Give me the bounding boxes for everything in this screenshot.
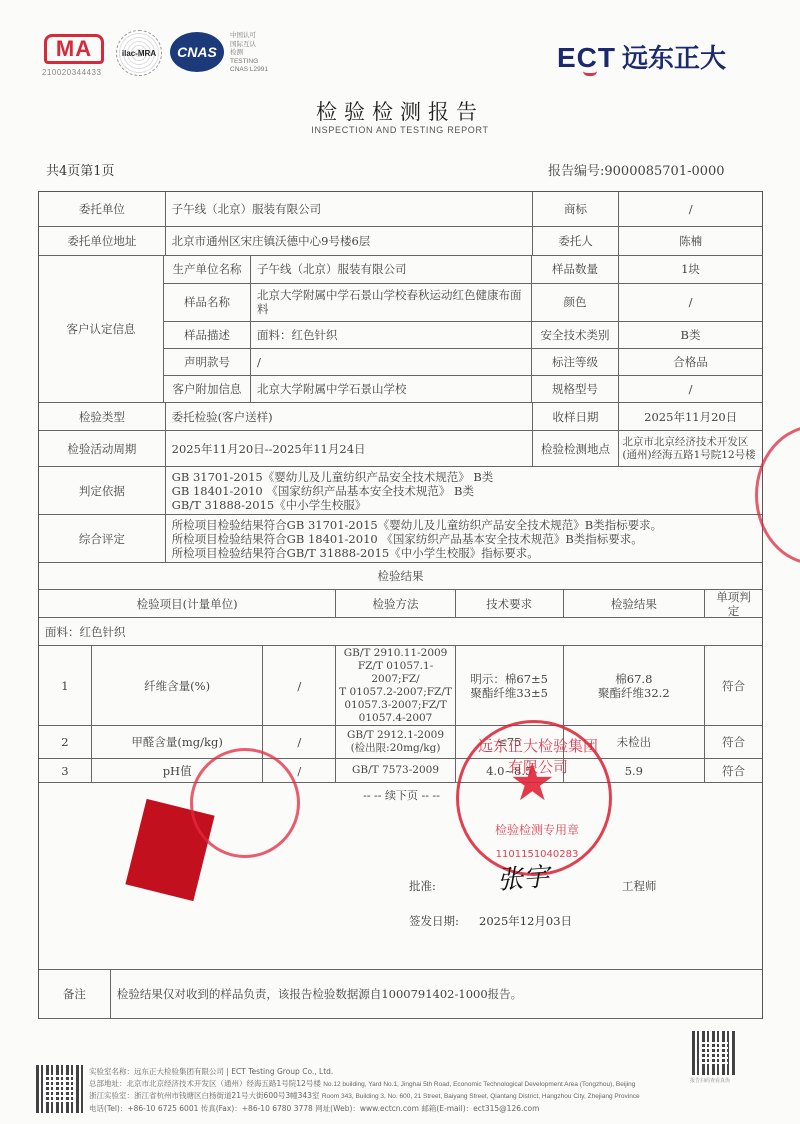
basis-line: GB 31701-2015《婴幼儿及儿童纺织产品安全技术规范》 B类 (172, 470, 494, 484)
result-no: 1 (39, 646, 92, 725)
result-method-line: T 01057.2-2007;FZ/T (339, 686, 452, 699)
header-requirement: 技术要求 (456, 590, 564, 617)
address-label: 委托单位地址 (39, 227, 166, 255)
conclusion-line: 所检项目检验结果符合GB 31701-2015《婴幼儿及儿童纺织产品安全技术规范… (172, 518, 662, 532)
result-method-line: GB/T 2912.1-2009 (347, 729, 444, 742)
verify-qr-code-icon (692, 1031, 736, 1075)
result-method: GB/T 2912.1-2009(检出限:20mg/kg) (336, 726, 456, 758)
result-method: GB/T 7573-2009 (336, 759, 456, 782)
period-value: 2025年11月20日--2025年11月24日 (166, 431, 533, 466)
footer-contact: 电话(Tel)：+86-10 6725 6001 传真(Fax)：+86-10 … (89, 1103, 640, 1115)
result-no: 2 (39, 726, 92, 758)
customer-info-label-cell: 声明款号 (164, 349, 251, 375)
conclusion-line: 所检项目检验结果符合GB/T 31888-2015《中小学生校服》指标要求。 (172, 546, 539, 560)
address-value: 北京市通州区宋庄镇沃德中心9号楼6层 (166, 227, 533, 255)
receive-date-label: 收样日期 (533, 403, 620, 430)
result-method-line: GB/T 2910.11-2009 (344, 647, 448, 660)
header-method: 检验方法 (336, 590, 456, 617)
footer-lines: 实验室名称：远东正大检验集团有限公司 | ECT Testing Group C… (89, 1066, 640, 1114)
consignor-label: 委托人 (533, 227, 620, 255)
customer-info-right-value: 1块 (619, 256, 762, 283)
conclusion-label: 综合评定 (39, 515, 166, 562)
customer-info-label-cell: 样品名称 (164, 284, 251, 321)
result-verdict: 符合 (705, 646, 762, 725)
basis-lines: GB 31701-2015《婴幼儿及儿童纺织产品安全技术规范》 B类GB 184… (166, 467, 762, 514)
cma-logo: MA (44, 34, 104, 64)
page-info: 共4页第1页 (46, 160, 115, 179)
result-requirement-line: 聚酯纤维33±5 (470, 686, 548, 700)
basis-label: 判定依据 (39, 467, 166, 514)
cnas-logo: CNAS (170, 32, 224, 72)
issue-date-label: 签发日期: (409, 913, 459, 929)
customer-info-row: 生产单位名称子午线（北京）服装有限公司样品数量1块 (164, 256, 762, 284)
remarks-label: 备注 (39, 970, 111, 1018)
period-label: 检验活动周期 (39, 431, 166, 466)
header-verdict: 单项判定 (705, 590, 762, 617)
basis-line: GB 18401-2010 《国家纺织产品基本安全技术规范》 B类 (172, 484, 474, 498)
customer-info-right-label: 颜色 (532, 284, 619, 321)
report-title: 检验检测报告 (0, 96, 800, 126)
trademark-label: 商标 (533, 192, 620, 226)
ilac-mra-logo: ilac-MRA (116, 30, 162, 76)
brand-en: ECT (557, 42, 616, 73)
conclusion-line: 所检项目检验结果符合GB 18401-2010 《国家纺织产品基本安全技术规范》… (172, 532, 643, 546)
result-unit: / (263, 646, 336, 725)
basis-line: GB/T 31888-2015《中小学生校服》 (172, 498, 367, 512)
result-method-line: 01057.4-2007 (359, 712, 433, 725)
client-label: 委托单位 (39, 192, 166, 226)
result-verdict: 符合 (705, 726, 762, 758)
cnas-text: 中国认可 国际互认 检测 TESTING CNAS L2991 (230, 32, 268, 75)
result-method-line: GB/T 7573-2009 (352, 764, 439, 777)
results-title: 检验结果 (39, 563, 762, 589)
row-period: 检验活动周期 2025年11月20日--2025年11月24日 检验检测地点 北… (39, 431, 762, 467)
customer-info-label-cell: 客户附加信息 (164, 376, 251, 402)
footer-hq-cn: 总部地址：北京市北京经济技术开发区（通州）经海五路1号院12号楼 (89, 1079, 321, 1088)
material-row: 面料：红色针织 (39, 618, 762, 646)
result-row: 3pH值/GB/T 7573-20094.0~8.55.9符合 (39, 759, 762, 783)
header-item: 检验项目(计量单位) (39, 590, 336, 617)
customer-info-row: 声明款号/标注等级合格品 (164, 349, 762, 376)
remarks-value: 检验结果仅对收到的样品负责，该报告检验数据源自1000791402-1000报告… (111, 970, 762, 1018)
issue-date-value: 2025年12月03日 (479, 913, 572, 929)
star-icon: ★ (509, 753, 556, 813)
row-client: 委托单位 子午线（北京）服装有限公司 商标 / (39, 192, 762, 227)
customer-info-right-label: 标注等级 (532, 349, 619, 375)
result-value: 棉67.8聚酯纤维32.2 (564, 646, 706, 725)
customer-info-row: 样品描述面料：红色针织安全技术类别B类 (164, 322, 762, 350)
result-verdict: 符合 (705, 759, 762, 782)
brand-smile-icon (583, 71, 597, 76)
trademark-value: / (619, 192, 762, 226)
customer-info-value-cell: 北京大学附属中学石景山学校 (251, 376, 532, 402)
ect-brand-logo: ECT远东正大 (557, 38, 726, 75)
client-value: 子午线（北京）服装有限公司 (166, 192, 533, 226)
result-method-line: (检出限:20mg/kg) (351, 742, 441, 755)
remarks-row: 备注 检验结果仅对收到的样品负责，该报告检验数据源自1000791402-100… (39, 970, 762, 1019)
row-conclusion: 综合评定 所检项目检验结果符合GB 31701-2015《婴幼儿及儿童纺织产品安… (39, 515, 762, 563)
result-row: 2甲醛含量(mg/kg)/GB/T 2912.1-2009(检出限:20mg/k… (39, 726, 762, 759)
consignor-value: 陈楠 (619, 227, 762, 255)
official-seal: 远东正大检验集团有限公司 ★ 检验检测专用章 1101151040283 (456, 720, 612, 876)
seam-stamp (190, 748, 300, 858)
customer-info-right-value: 合格品 (619, 349, 762, 375)
result-item: 纤维含量(%) (92, 646, 264, 725)
result-method-line: FZ/T 01057.1-2007;FZ/ (338, 660, 453, 686)
result-rows: 1纤维含量(%)/GB/T 2910.11-2009FZ/T 01057.1-2… (39, 646, 762, 783)
approver-title: 工程师 (622, 878, 657, 894)
cma-code: 210020344433 (42, 68, 101, 77)
footer-zj-en: Room 343, Building 3, No. 600, 21 Street… (322, 1093, 640, 1100)
row-test-type: 检验类型 委托检验(客户送样) 收样日期 2025年11月20日 (39, 403, 762, 431)
customer-info-label: 客户认定信息 (39, 256, 164, 402)
test-type-value: 委托检验(客户送样) (166, 403, 533, 430)
result-value-line: 聚酯纤维32.2 (598, 686, 670, 700)
report-number: 报告编号:9000085701-0000 (548, 160, 725, 179)
customer-info-value-cell: 北京大学附属中学石景山学校春秋运动红色健康布面料 (251, 284, 532, 321)
result-requirement: 明示：棉67±5聚酯纤维33±5 (456, 646, 564, 725)
approver-signature: 张宇 (496, 856, 550, 897)
header-result: 检验结果 (564, 590, 706, 617)
result-requirement-line: 明示：棉67±5 (470, 672, 548, 686)
seal-inner-text: 检验检测专用章 (477, 821, 597, 838)
customer-info-right-label: 规格型号 (532, 376, 619, 402)
row-customer-info: 客户认定信息 生产单位名称子午线（北京）服装有限公司样品数量1块样品名称北京大学… (39, 256, 762, 403)
result-no: 3 (39, 759, 92, 782)
customer-info-row: 样品名称北京大学附属中学石景山学校春秋运动红色健康布面料颜色/ (164, 284, 762, 322)
receive-date-value: 2025年11月20日 (619, 403, 762, 430)
results-section-header: 检验结果 (39, 563, 762, 590)
results-column-headers: 检验项目(计量单位) 检验方法 技术要求 检验结果 单项判定 (39, 590, 762, 618)
customer-info-label-cell: 样品描述 (164, 322, 251, 349)
result-method: GB/T 2910.11-2009FZ/T 01057.1-2007;FZ/T … (336, 646, 456, 725)
result-unit: / (263, 726, 336, 758)
test-type-label: 检验类型 (39, 403, 166, 430)
row-address: 委托单位地址 北京市通州区宋庄镇沃德中心9号楼6层 委托人 陈楠 (39, 227, 762, 256)
footer-lab-name: 实验室名称：远东正大检验集团有限公司 | ECT Testing Group C… (89, 1066, 640, 1078)
approve-label: 批准: (409, 878, 436, 894)
result-value-line: 5.9 (625, 764, 643, 778)
result-row: 1纤维含量(%)/GB/T 2910.11-2009FZ/T 01057.1-2… (39, 646, 762, 726)
result-method-line: 01057.3-2007;FZ/T (344, 699, 446, 712)
customer-info-rows: 生产单位名称子午线（北京）服装有限公司样品数量1块样品名称北京大学附属中学石景山… (164, 256, 762, 402)
brand-cn: 远东正大 (622, 44, 726, 74)
customer-info-right-value: / (619, 376, 762, 402)
customer-info-value-cell: / (251, 349, 532, 375)
customer-info-right-label: 样品数量 (532, 256, 619, 283)
customer-info-right-value: / (619, 284, 762, 321)
material-label: 面料：红色针织 (39, 618, 762, 645)
report-table: 委托单位 子午线（北京）服装有限公司 商标 / 委托单位地址 北京市通州区宋庄镇… (38, 191, 763, 1019)
customer-info-row: 客户附加信息北京大学附属中学石景山学校规格型号/ (164, 376, 762, 402)
qr-code-icon (36, 1065, 84, 1113)
customer-info-value-cell: 子午线（北京）服装有限公司 (251, 256, 532, 283)
result-value-line: 棉67.8 (615, 672, 652, 686)
conclusion-lines: 所检项目检验结果符合GB 31701-2015《婴幼儿及儿童纺织产品安全技术规范… (166, 515, 762, 562)
result-value-line: 未检出 (617, 735, 652, 749)
footer-hq-en: No.12 building, Yard No.1, Jinghai 5th R… (323, 1081, 635, 1088)
customer-info-right-value: B类 (619, 322, 762, 349)
customer-info-right-label: 安全技术类别 (532, 322, 619, 349)
report-subtitle: INSPECTION AND TESTING REPORT (0, 125, 800, 135)
customer-info-value-cell: 面料：红色针织 (251, 322, 532, 349)
location-label: 检验检测地点 (533, 431, 620, 466)
customer-info-label-cell: 生产单位名称 (164, 256, 251, 283)
footer-zj-cn: 浙江实验室：浙江省杭州市钱塘区白杨街道21号大街600号3幢343室 (89, 1091, 319, 1100)
location-value: 北京市北京经济技术开发区(通州)经海五路1号院12号楼 (619, 431, 762, 466)
row-basis: 判定依据 GB 31701-2015《婴幼儿及儿童纺织产品安全技术规范》 B类G… (39, 467, 762, 515)
qr-caption: 报告扫码查看真伪 (690, 1077, 730, 1084)
